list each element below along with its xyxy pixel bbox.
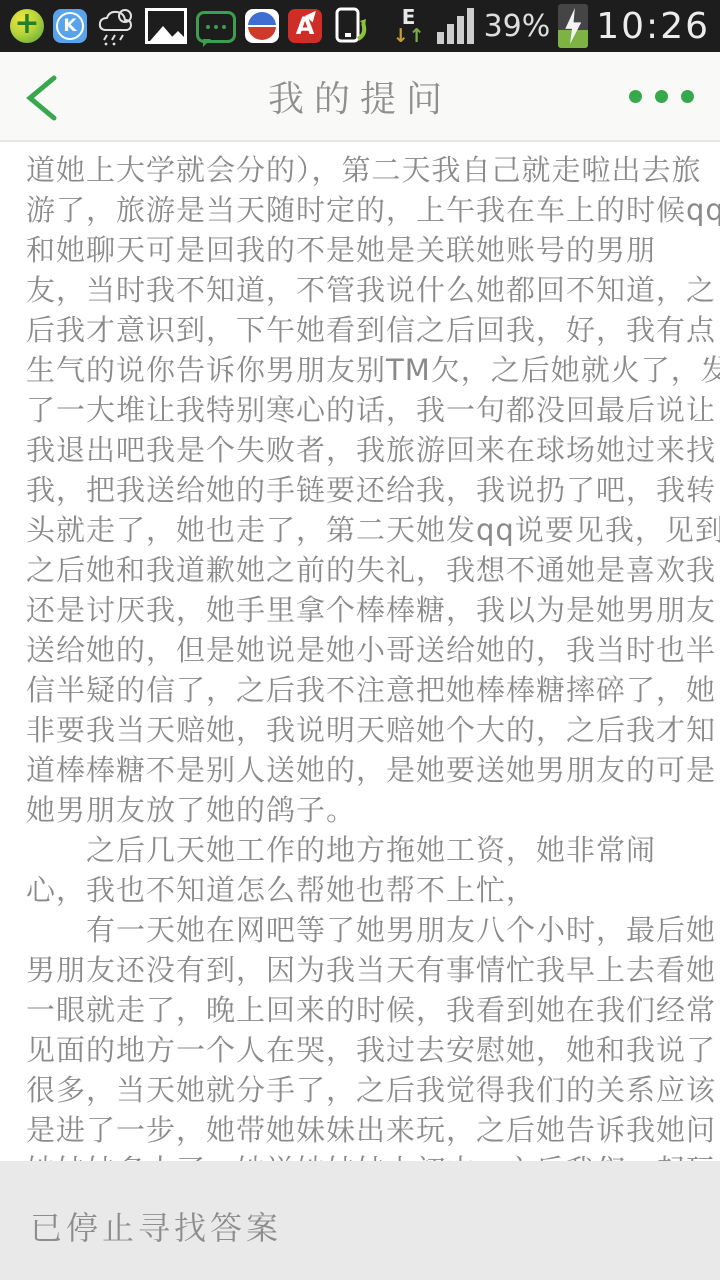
back-button[interactable] <box>22 74 62 122</box>
status-indicators: E ↓↑ 39% 10:26 <box>393 0 710 52</box>
signal-strength-icon <box>437 8 474 44</box>
body-text-line: 信半疑的信了，之后我不注意把她棒棒糖摔碎了，她 <box>26 670 694 710</box>
body-text-line: 还是讨厌我，她手里拿个棒棒糖，我以为是她男朋友 <box>26 590 694 630</box>
body-text-line: 见面的地方一个人在哭，我过去安慰她，她和我说了 <box>26 1030 694 1070</box>
page-title: 我的提问 <box>268 71 452 122</box>
title-bar: 我的提问 <box>0 52 720 142</box>
body-text-line: 男朋友还没有到，因为我当天有事情忙我早上去看她 <box>26 950 694 990</box>
body-text-line: 她男朋友放了她的鸽子。 <box>26 790 694 830</box>
battery-icon <box>558 4 588 48</box>
body-text-line: 生气的说你告诉你男朋友别TM欠，之后她就火了，发 <box>26 350 694 390</box>
k-app-icon: K <box>53 9 87 43</box>
status-bar[interactable]: + K A <box>0 0 720 52</box>
body-text-line: 道她上大学就会分的），第二天我自己就走啦出去旅 <box>26 150 694 190</box>
weather-icon <box>96 6 136 46</box>
body-text-line: 我退出吧我是个失败者，我旅游回来在球场她过来找 <box>26 430 694 470</box>
body-text-line: 非要我当天赔她，我说明天赔她个大的，之后我才知 <box>26 710 694 750</box>
battery-percent-label: 39% <box>484 9 551 44</box>
notification-icons: + K A <box>10 0 369 52</box>
body-text-line: 头就走了，她也走了，第二天她发qq说要见我，见到她 <box>26 510 694 550</box>
upload-arrow-icon: ↑ <box>409 27 425 46</box>
messages-icon <box>196 11 236 43</box>
network-type-indicator: E ↓↑ <box>393 7 425 46</box>
body-text-line: 送给她的，但是她说是她小哥送给她的，我当时也半 <box>26 630 694 670</box>
body-text-line: 很多，当天她就分手了，之后我觉得我们的关系应该 <box>26 1070 694 1110</box>
gallery-icon <box>145 8 187 44</box>
body-text-line: 友，当时我不知道，不管我说什么她都回不知道，之 <box>26 270 694 310</box>
body-text-line: 是进了一步，她带她妹妹出来玩，之后她告诉我她问 <box>26 1110 694 1150</box>
network-type-label: E <box>402 7 416 27</box>
body-text-line: 心，我也不知道怎么帮她也帮不上忙， <box>26 870 694 910</box>
body-text-line: 之后她和我道歉她之前的失礼，我想不通她是喜欢我 <box>26 550 694 590</box>
body-text-line: 游了，旅游是当天随时定的，上午我在车上的时候qq还 <box>26 190 694 230</box>
phone-transfer-icon <box>331 6 369 46</box>
k-glyph: K <box>56 12 84 40</box>
clock-label: 10:26 <box>596 6 710 47</box>
security-ball-icon: + <box>10 9 44 43</box>
sports-globe-icon <box>245 9 279 43</box>
security-plus-glyph: + <box>14 9 39 39</box>
body-text-line: 道棒棒糖不是别人送她的，是她要送她男朋友的可是 <box>26 750 694 790</box>
overflow-menu-button[interactable] <box>629 90 694 103</box>
app-screen: + K A <box>0 0 720 1280</box>
body-text-line: 后我才意识到，下午她看到信之后回我，好，我有点 <box>26 310 694 350</box>
a-launcher-icon: A <box>288 9 322 43</box>
body-text-line: 一眼就走了，晚上回来的时候，我看到她在我们经常 <box>26 990 694 1030</box>
body-text-line: 之后几天她工作的地方拖她工资，她非常闹 <box>26 830 694 870</box>
body-text-line: 有一天她在网吧等了她男朋友八个小时，最后她 <box>26 910 694 950</box>
body-text-line: 和她聊天可是回我的不是她是关联她账号的男朋 <box>26 230 694 270</box>
download-arrow-icon: ↓ <box>393 27 409 46</box>
end-of-answers-label: 已停止寻找答案 <box>30 1209 282 1247</box>
question-text-scroll-area[interactable]: 道她上大学就会分的），第二天我自己就走啦出去旅游了，旅游是当天随时定的，上午我在… <box>0 144 720 1280</box>
body-text-line: 了一大堆让我特别寒心的话，我一句都没回最后说让 <box>26 390 694 430</box>
body-text-line: 我，把我送给她的手链要还给我，我说扔了吧，我转 <box>26 470 694 510</box>
list-footer: 已停止寻找答案 <box>0 1161 720 1280</box>
